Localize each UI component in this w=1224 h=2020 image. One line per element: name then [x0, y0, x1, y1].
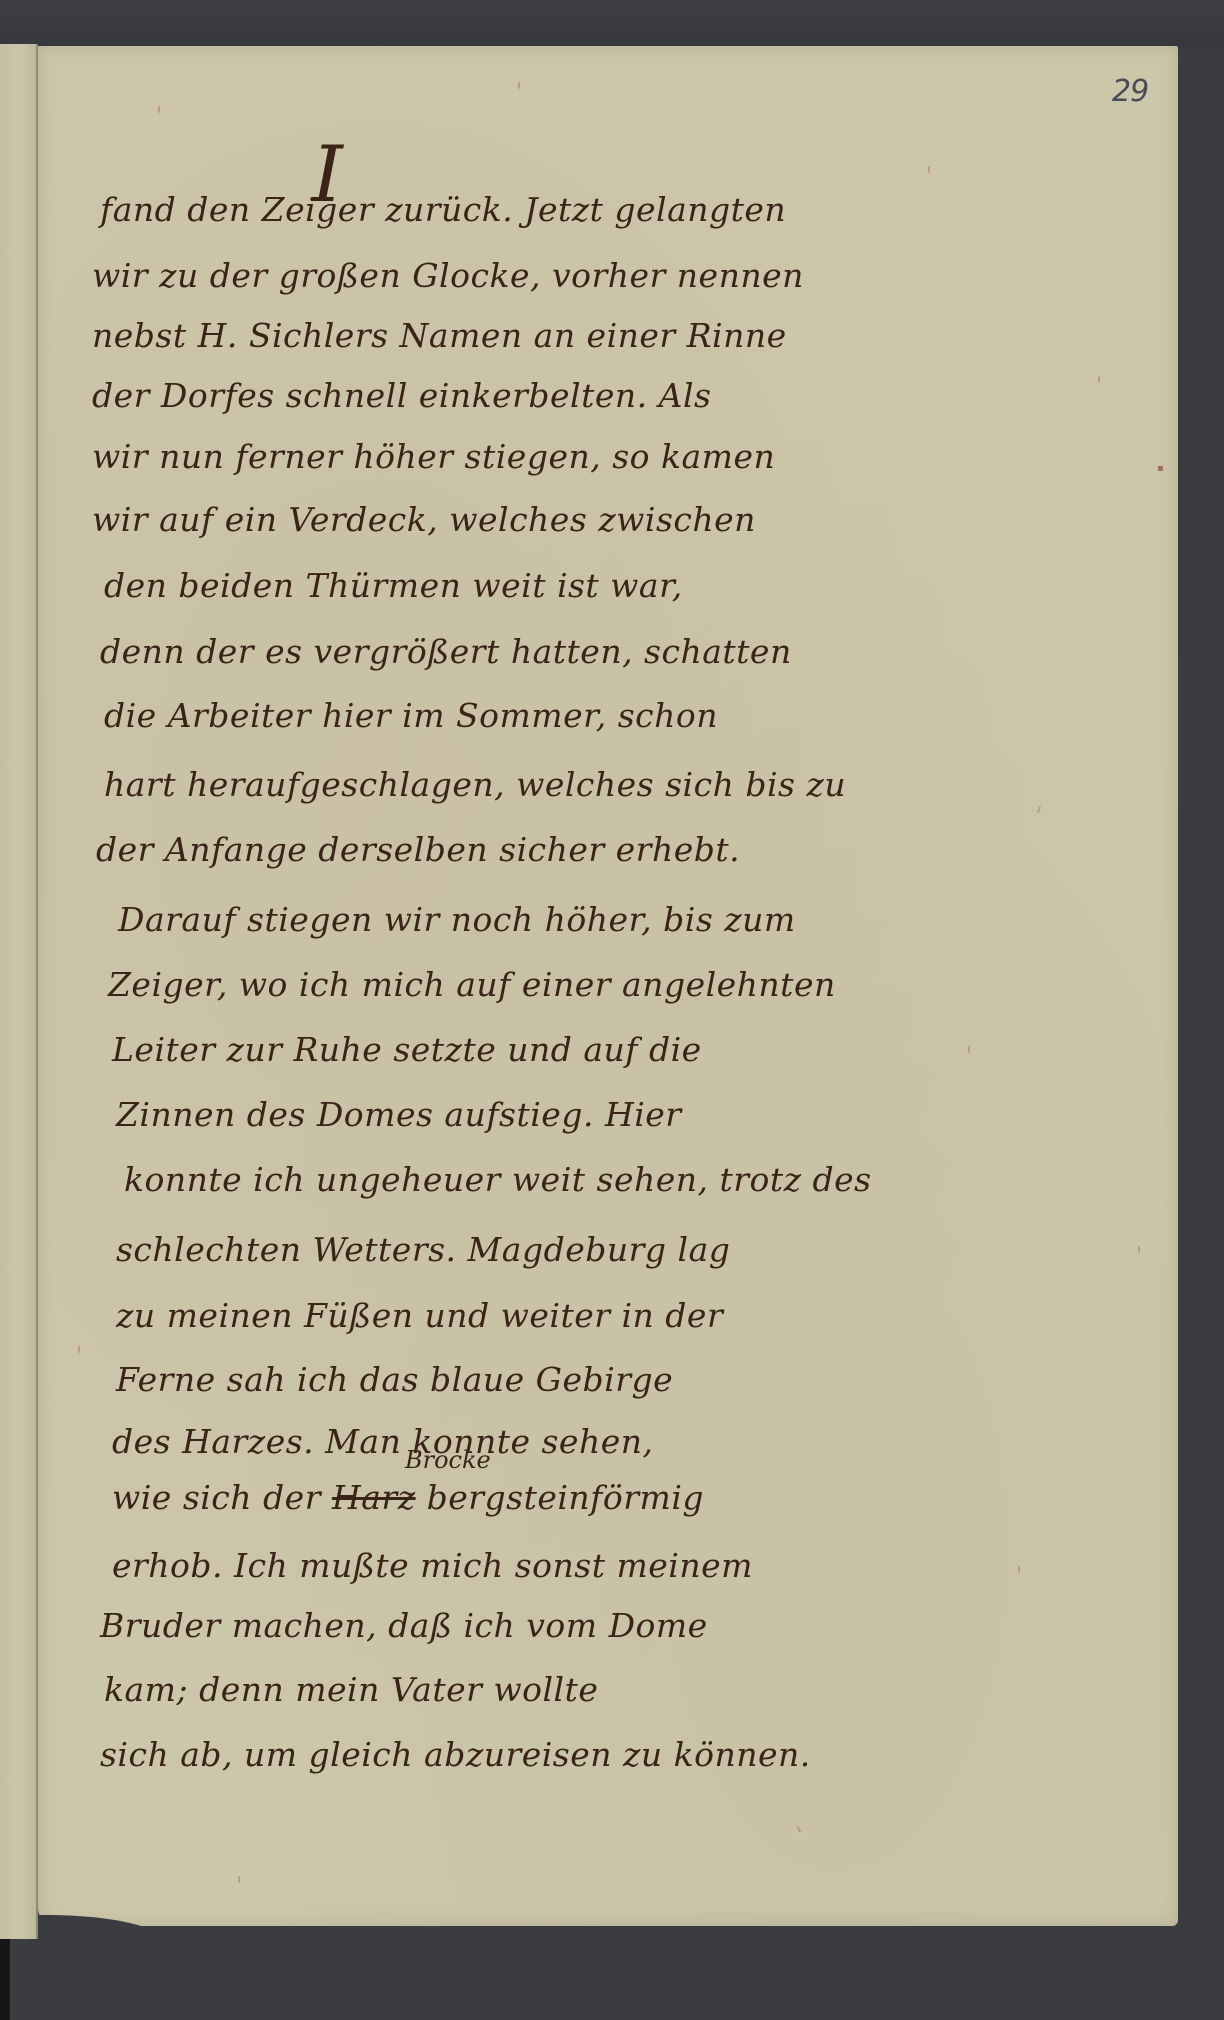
manuscript-line: zu meinen Füßen und weiter in der: [116, 1296, 723, 1335]
manuscript-line: Darauf stiegen wir noch höher, bis zum: [118, 900, 796, 939]
paper-fleck: [1018, 1566, 1020, 1573]
manuscript-line: wir nun ferner höher stiegen, so kamen: [92, 437, 775, 476]
manuscript-line: sich ab, um gleich abzureisen zu können.: [100, 1735, 811, 1774]
paper-fleck: [1098, 376, 1100, 383]
manuscript-line: nebst H. Sichlers Namen an einer Rinne: [92, 316, 787, 355]
manuscript-line: der Anfange derselben sicher erhebt.: [96, 830, 740, 869]
paper-fleck: [158, 106, 160, 113]
paper-fleck: [238, 1876, 240, 1883]
interlinear-insertion: Brocke: [405, 1446, 491, 1474]
struck-word: Harz: [332, 1478, 416, 1517]
manuscript-line: wir auf ein Verdeck, welches zwischen: [92, 500, 756, 539]
paper-fleck: [1138, 1246, 1140, 1253]
paper-fleck: [1037, 806, 1041, 813]
paper-fleck: [78, 1346, 80, 1353]
manuscript-line: denn der es vergrößert hatten, schatten: [100, 632, 792, 671]
manuscript-line: schlechten Wetters. Magdeburg lag: [116, 1230, 730, 1269]
paper-fleck: [518, 82, 520, 89]
manuscript-line: kam; denn mein Vater wollte: [104, 1670, 598, 1709]
manuscript-line: die Arbeiter hier im Sommer, schon: [104, 696, 718, 735]
manuscript-line: fand den Zeiger zurück. Jetzt gelangten: [100, 190, 786, 229]
manuscript-line: hart heraufgeschlagen, welches sich bis …: [104, 765, 846, 804]
manuscript-line: Ferne sah ich das blaue Gebirge: [116, 1360, 673, 1399]
paper-fleck: [1158, 466, 1163, 471]
folio-number: 29: [1112, 74, 1148, 109]
manuscript-line: konnte ich ungeheuer weit sehen, trotz d…: [124, 1160, 872, 1199]
facing-page-edge: [0, 44, 38, 1939]
manuscript-line: den beiden Thürmen weit ist war,: [104, 566, 683, 605]
manuscript-line: Zinnen des Domes aufstieg. Hier: [116, 1095, 682, 1134]
paper-fleck: [797, 1826, 802, 1833]
manuscript-line: des Harzes. Man konnte sehen,: [112, 1422, 654, 1461]
line-text: bergsteinförmig: [427, 1478, 704, 1517]
line-text: wie sich der: [112, 1478, 321, 1517]
manuscript-line: der Dorfes schnell einkerbelten. Als: [92, 376, 711, 415]
paper-fleck: [928, 166, 930, 173]
manuscript-line: Zeiger, wo ich mich auf einer angelehnte…: [108, 965, 836, 1004]
paper-fleck: [968, 1046, 970, 1053]
manuscript-line: wir zu der großen Glocke, vorher nennen: [92, 256, 804, 295]
manuscript-line: erhob. Ich mußte mich sonst meinem: [112, 1546, 753, 1585]
manuscript-line-with-correction: wie sich der Harz bergsteinförmig: [112, 1478, 704, 1517]
manuscript-line: Bruder machen, daß ich vom Dome: [100, 1606, 708, 1645]
scan-background: [0, 0, 1224, 48]
manuscript-line: Leiter zur Ruhe setzte und auf die: [112, 1030, 702, 1069]
